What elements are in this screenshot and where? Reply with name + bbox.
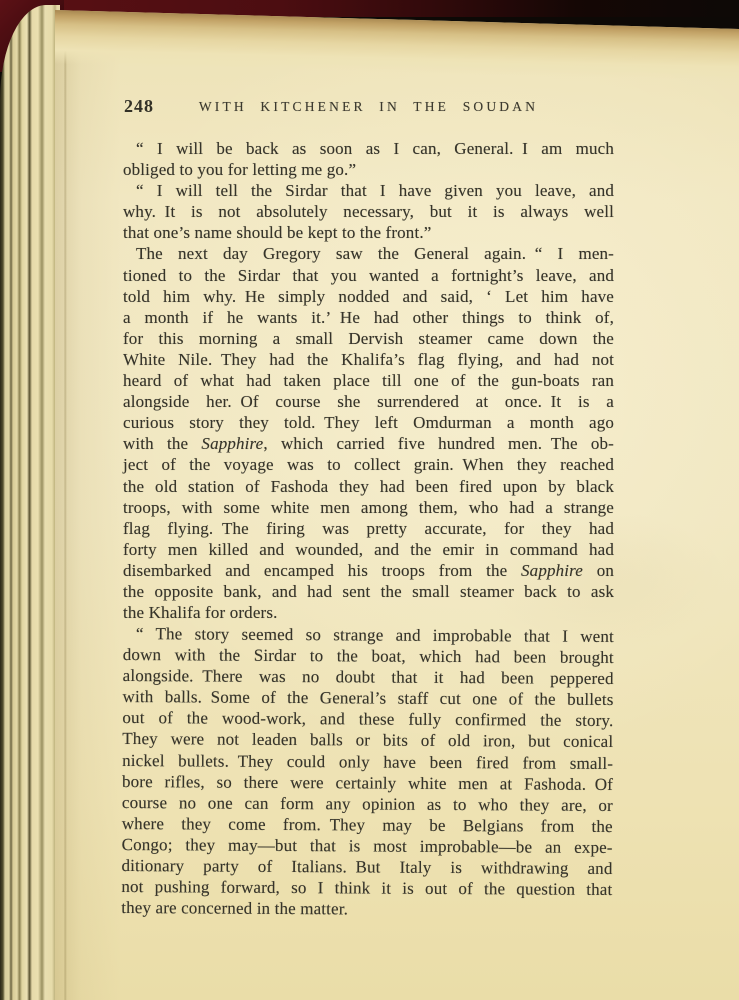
text-segment: disembarked and encamped his troops from…: [123, 561, 521, 580]
text-line: the opposite bank, and had sent the smal…: [123, 581, 614, 602]
text-segment: ditionary party of Italians. But Italy i…: [121, 856, 612, 878]
text-line: flag flying. The firing was pretty accur…: [123, 518, 614, 539]
paragraph: “ The story seemed so strange and improb…: [121, 623, 614, 921]
paragraph: “ I will tell the Sirdar that I have giv…: [123, 180, 614, 243]
text-segment: that one’s name should be kept to the fr…: [123, 223, 431, 242]
text-segment: They were not leaden balls or bits of ol…: [122, 730, 613, 752]
text-segment: tioned to the Sirdar that you wanted a f…: [123, 266, 614, 285]
text-segment: “ I will tell the Sirdar that I have giv…: [136, 181, 614, 200]
text-segment: out of the wood-work, and these fully co…: [122, 709, 613, 731]
text-segment: with balls. Some of the General’s staff …: [122, 687, 613, 709]
text-segment: “ I will be back as soon as I can, Gener…: [136, 139, 614, 158]
text-segment: heard of what had taken place till one o…: [123, 371, 614, 390]
text-segment: curious story they told. They left Omdur…: [123, 413, 614, 432]
text-line: White Nile. They had the Khalifa’s flag …: [123, 349, 614, 370]
text-segment: course no one can form any opinion as to…: [122, 793, 613, 815]
running-title: WITH KITCHENER IN THE SOUDAN: [123, 99, 614, 115]
text-segment: the Khalifa for orders.: [123, 603, 278, 622]
text-line: “ I will be back as soon as I can, Gener…: [123, 138, 614, 159]
page-number: 248: [124, 96, 154, 117]
text-segment: the old station of Fashoda they had been…: [123, 477, 614, 496]
text-segment: ject of the voyage was to collect grain.…: [123, 455, 614, 474]
text-segment: alongside her. Of course she surrendered…: [123, 392, 614, 411]
text-segment: flag flying. The firing was pretty accur…: [123, 519, 614, 538]
text-line: The next day Gregory saw the General aga…: [123, 243, 614, 264]
text-segment: for this morning a small Dervish steamer…: [123, 329, 614, 348]
text-line: heard of what had taken place till one o…: [123, 370, 614, 391]
text-segment: down with the Sirdar to the boat, which …: [123, 645, 614, 667]
text-line: for this morning a small Dervish steamer…: [123, 328, 614, 349]
page-top-edge: [55, 8, 739, 81]
text-segment: obliged to you for letting me go.”: [123, 160, 356, 179]
text-line: why. It is not absolutely necessary, but…: [123, 201, 614, 222]
text-segment: forty men killed and wounded, and the em…: [123, 540, 614, 559]
text-segment: nickel bullets. They could only have bee…: [122, 751, 613, 773]
text-segment: bore rifles, so there were certainly whi…: [122, 772, 613, 794]
text-segment: alongside. There was no doubt that it ha…: [123, 666, 614, 688]
paragraph: The next day Gregory saw the General aga…: [123, 243, 614, 623]
text-line: bore rifles, so there were certainly whi…: [122, 771, 613, 795]
text-line: with the Sapphire, which carried five hu…: [123, 433, 614, 454]
text-line: course no one can form any opinion as to…: [122, 792, 613, 816]
text-line: disembarked and encamped his troops from…: [123, 560, 614, 581]
text-line: “ I will tell the Sirdar that I have giv…: [123, 180, 614, 201]
text-line: They were not leaden balls or bits of ol…: [122, 729, 613, 753]
scanned-book-page: 248 WITH KITCHENER IN THE SOUDAN “ I wil…: [0, 0, 739, 1000]
italic-text: Sapphire: [201, 434, 263, 453]
text-line: alongside her. Of course she surrendered…: [123, 391, 614, 412]
text-segment: troops, with some white men among them, …: [123, 498, 614, 517]
text-segment: told him why. He simply nodded and said,…: [123, 287, 614, 306]
text-line: ject of the voyage was to collect grain.…: [123, 454, 614, 475]
text-segment: on: [583, 561, 614, 580]
text-segment: why. It is not absolutely necessary, but…: [123, 202, 614, 221]
text-line: nickel bullets. They could only have bee…: [122, 750, 613, 774]
text-line: forty men killed and wounded, and the em…: [123, 539, 614, 560]
text-segment: not pushing forward, so I think it is ou…: [121, 877, 612, 899]
text-line: tioned to the Sirdar that you wanted a f…: [123, 265, 614, 286]
text-line: the Khalifa for orders.: [123, 602, 614, 623]
text-line: that one’s name should be kept to the fr…: [123, 222, 614, 243]
text-segment: , which carried five hundred men. The ob…: [263, 434, 614, 453]
text-line: troops, with some white men among them, …: [123, 497, 614, 518]
italic-text: Sapphire: [521, 561, 583, 580]
text-line: told him why. He simply nodded and said,…: [123, 286, 614, 307]
stacked-page-edges: [0, 5, 60, 1000]
text-segment: “ The story seemed so strange and improb…: [136, 624, 614, 646]
text-line: the old station of Fashoda they had been…: [123, 476, 614, 497]
text-segment: where they come from. They may be Belgia…: [122, 814, 613, 836]
text-line: curious story they told. They left Omdur…: [123, 412, 614, 433]
page-header: 248 WITH KITCHENER IN THE SOUDAN: [123, 99, 614, 115]
text-segment: the opposite bank, and had sent the smal…: [123, 582, 614, 601]
text-segment: Congo; they may—but that is most improba…: [122, 835, 613, 857]
text-segment: they are concerned in the matter.: [121, 898, 348, 918]
text-segment: with the: [123, 434, 201, 453]
text-line: a month if he wants it.’ He had other th…: [123, 307, 614, 328]
text-line: they are concerned in the matter.: [121, 897, 612, 921]
text-line: obliged to you for letting me go.”: [123, 159, 614, 180]
text-segment: The next day Gregory saw the General aga…: [136, 244, 614, 263]
text-segment: a month if he wants it.’ He had other th…: [123, 308, 614, 327]
text-block: “ I will be back as soon as I can, Gener…: [123, 138, 614, 918]
text-segment: White Nile. They had the Khalifa’s flag …: [123, 350, 614, 369]
paragraph: “ I will be back as soon as I can, Gener…: [123, 138, 614, 180]
